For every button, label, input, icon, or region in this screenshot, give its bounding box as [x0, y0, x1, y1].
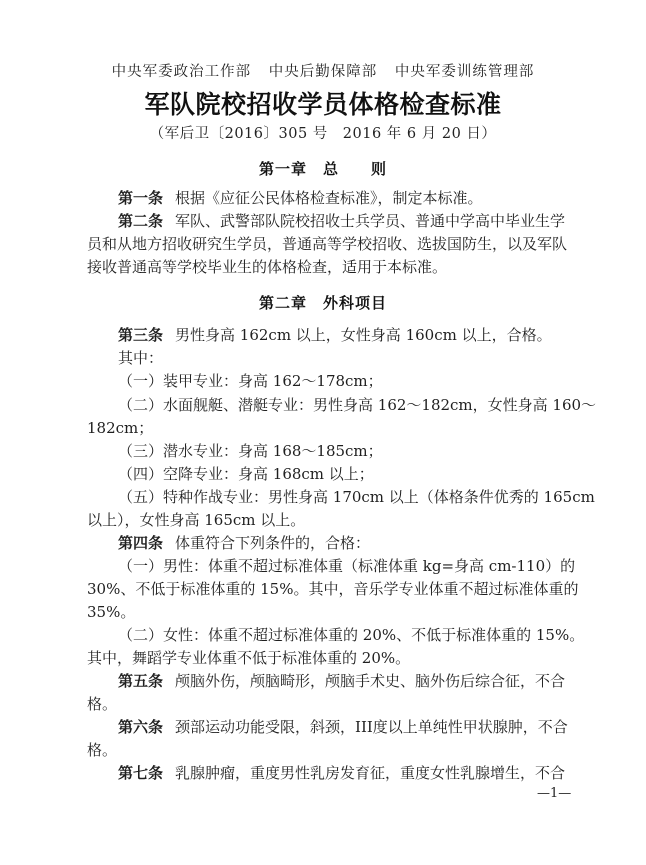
article-line: 其中：: [118, 348, 608, 368]
article-text: 182cm；: [87, 419, 153, 437]
document-page: 中央军委政治工作部 中央后勤保障部 中央军委训练管理部 军队院校招收学员体格检查…: [0, 0, 646, 865]
article-text: 颈部运动功能受限，斜颈，III度以上单纯性甲状腺肿，不合: [175, 718, 568, 736]
article-text: 员和从地方招收研究生学员，普通高等学校招收、选拔国防生，以及军队: [87, 235, 567, 253]
article-text: 30%、不低于标准体重的 15%。其中，音乐学专业体重不超过标准体重的: [87, 580, 578, 598]
article-text: 体重符合下列条件的，合格：: [175, 534, 370, 552]
issuer: 中央军委训练管理部: [395, 64, 535, 80]
article-line: （五）特种作战专业：男性身高 170cm 以上（体格条件优秀的 165cm: [118, 487, 608, 507]
article-line: （一）男性：体重不超过标准体重（标准体重 kg=身高 cm-110）的: [118, 556, 608, 576]
document-title: 军队院校招收学员体格检查标准: [0, 85, 646, 121]
article-text: 格。: [87, 695, 117, 713]
article-number: 第四条: [118, 534, 163, 552]
article-line: （三）潜水专业：身高 168～185cm；: [118, 441, 608, 461]
article-text: 格。: [87, 741, 117, 759]
article-line: 格。: [87, 740, 577, 760]
article-text: 其中，舞蹈学专业体重不低于标准体重的 20%。: [87, 649, 410, 667]
article-text: 乳腺肿瘤，重度男性乳房发育征，重度女性乳腺增生，不合: [175, 764, 565, 782]
issuing-departments: 中央军委政治工作部 中央后勤保障部 中央军委训练管理部: [0, 60, 646, 81]
article-line: 30%、不低于标准体重的 15%。其中，音乐学专业体重不超过标准体重的: [87, 579, 577, 599]
article-line: 第五条颅脑外伤，颅脑畸形，颅脑手术史、脑外伤后综合征，不合: [118, 671, 608, 691]
article-text: 以上），女性身高 165cm 以上。: [87, 511, 305, 529]
article-text: 男性身高 162cm 以上，女性身高 160cm 以上，合格。: [175, 326, 552, 344]
article-number: 第五条: [118, 672, 163, 690]
article-number: 第一条: [118, 189, 163, 207]
article-number: 第七条: [118, 764, 163, 782]
article-line: 第七条乳腺肿瘤，重度男性乳房发育征，重度女性乳腺增生，不合: [118, 763, 608, 783]
article-line: 35%。: [87, 602, 577, 622]
article-text: （五）特种作战专业：男性身高 170cm 以上（体格条件优秀的 165cm: [118, 488, 595, 506]
article-line: 第三条男性身高 162cm 以上，女性身高 160cm 以上，合格。: [118, 325, 608, 345]
article-text: （一）男性：体重不超过标准体重（标准体重 kg=身高 cm-110）的: [118, 557, 575, 575]
article-line: 以上），女性身高 165cm 以上。: [87, 510, 577, 530]
article-line: 格。: [87, 694, 577, 714]
article-text: 其中：: [118, 349, 163, 367]
page-number: —1—: [537, 786, 571, 801]
article-text: （四）空降专业：身高 168cm 以上；: [118, 465, 374, 483]
article-number: 第三条: [118, 326, 163, 344]
article-line: 第二条军队、武警部队院校招收士兵学员、普通中学高中毕业生学: [118, 211, 608, 231]
chapter-heading: 第一章 总 则: [0, 158, 646, 179]
chapter-heading: 第二章 外科项目: [0, 292, 646, 313]
issuer: 中央后勤保障部: [269, 64, 378, 80]
article-text: 35%。: [87, 603, 135, 621]
article-line: 第六条颈部运动功能受限，斜颈，III度以上单纯性甲状腺肿，不合: [118, 717, 608, 737]
article-line: 182cm；: [87, 418, 577, 438]
article-line: 接收普通高等学校毕业生的体格检查，适用于本标准。: [87, 257, 577, 277]
article-line: （二）女性：体重不超过标准体重的 20%、不低于标准体重的 15%。: [118, 625, 608, 645]
article-text: （二）水面舰艇、潜艇专业：男性身高 162～182cm，女性身高 160～: [118, 396, 596, 414]
article-line: 员和从地方招收研究生学员，普通高等学校招收、选拔国防生，以及军队: [87, 234, 577, 254]
article-text: （二）女性：体重不超过标准体重的 20%、不低于标准体重的 15%。: [118, 626, 584, 644]
article-text: （三）潜水专业：身高 168～185cm；: [118, 442, 383, 460]
article-text: 根据《应征公民体格检查标准》，制定本标准。: [175, 189, 483, 207]
article-line: 第一条根据《应征公民体格检查标准》，制定本标准。: [118, 188, 608, 208]
article-line: 第四条体重符合下列条件的，合格：: [118, 533, 608, 553]
document-number: （军后卫〔2016〕305 号 2016 年 6 月 20 日）: [0, 122, 646, 143]
article-text: 接收普通高等学校毕业生的体格检查，适用于本标准。: [87, 258, 447, 276]
article-number: 第二条: [118, 212, 163, 230]
article-text: 军队、武警部队院校招收士兵学员、普通中学高中毕业生学: [175, 212, 565, 230]
article-text: （一）装甲专业：身高 162～178cm；: [118, 372, 383, 390]
article-line: 其中，舞蹈学专业体重不低于标准体重的 20%。: [87, 648, 577, 668]
article-line: （一）装甲专业：身高 162～178cm；: [118, 371, 608, 391]
article-line: （四）空降专业：身高 168cm 以上；: [118, 464, 608, 484]
article-number: 第六条: [118, 718, 163, 736]
article-line: （二）水面舰艇、潜艇专业：男性身高 162～182cm，女性身高 160～: [118, 395, 608, 415]
article-text: 颅脑外伤，颅脑畸形，颅脑手术史、脑外伤后综合征，不合: [175, 672, 565, 690]
issuer: 中央军委政治工作部: [112, 64, 252, 80]
